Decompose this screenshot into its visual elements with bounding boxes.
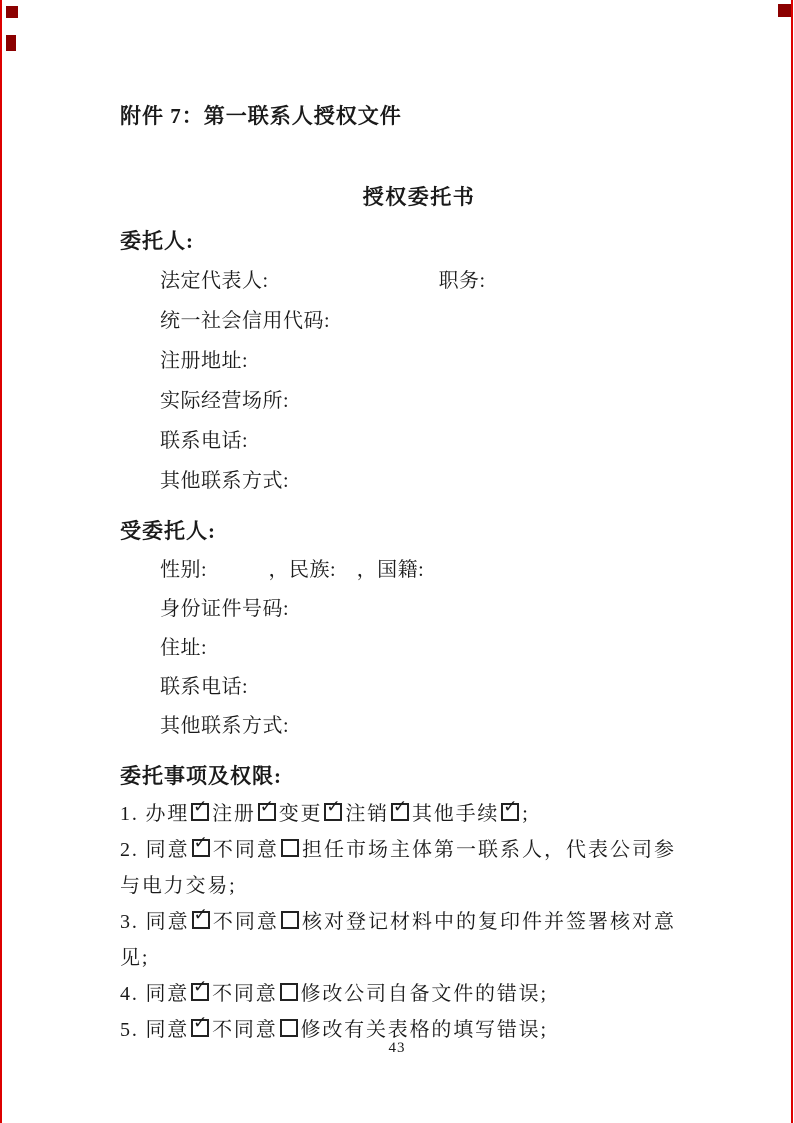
checkbox-checked-icon: [391, 803, 409, 821]
red-edge-line-left: [0, 0, 2, 1123]
checkbox-checked-icon: [191, 803, 209, 821]
red-edge-line-right: [791, 0, 793, 1123]
checkbox-unchecked-icon: [280, 1019, 298, 1037]
document-body: 附件 7：第一联系人授权文件 授权委托书 委托人: 法定代表人:职务: 统一社会…: [0, 0, 794, 1048]
checkbox-checked-icon: [191, 1019, 209, 1037]
trustee-rows: 性别: ，民族: ，国籍: 身份证件号码: 住址: 联系电话: 其他联系方式:: [120, 551, 676, 746]
legal-rep-row: 法定代表人:职务:: [120, 261, 676, 301]
position-label: 职务:: [439, 270, 486, 292]
credit-code-label: 统一社会信用代码:: [120, 301, 676, 341]
checkbox-checked-icon: [192, 839, 210, 857]
authorization-items: 1. 办理注册变更注销其他手续; 2. 同意不同意担任市场主体第一联系人，代表公…: [120, 796, 676, 1048]
checkbox-unchecked-icon: [281, 839, 299, 857]
checkbox-unchecked-icon: [280, 983, 298, 1001]
trustee-other-contact-label: 其他联系方式:: [120, 707, 676, 746]
trustee-section-heading: 受委托人:: [120, 511, 676, 551]
document-title: 授权委托书: [120, 183, 676, 211]
checkbox-unchecked-icon: [281, 911, 299, 929]
registered-address-label: 注册地址:: [120, 341, 676, 381]
authorization-section-heading: 委托事项及权限:: [120, 756, 676, 796]
principal-other-contact-label: 其他联系方式:: [120, 461, 676, 501]
gender-ethnicity-nationality-row: 性别: ，民族: ，国籍:: [120, 551, 676, 590]
authorization-item-2: 2. 同意不同意担任市场主体第一联系人，代表公司参与电力交易;: [120, 832, 676, 904]
checkbox-checked-icon: [324, 803, 342, 821]
checkbox-checked-icon: [192, 911, 210, 929]
document-page: 附件 7：第一联系人授权文件 授权委托书 委托人: 法定代表人:职务: 统一社会…: [0, 0, 794, 1123]
attachment-title: 附件 7：第一联系人授权文件: [120, 0, 676, 129]
checkbox-checked-icon: [258, 803, 276, 821]
trustee-address-label: 住址:: [120, 629, 676, 668]
business-premises-label: 实际经营场所:: [120, 381, 676, 421]
page-number: 43: [0, 1040, 794, 1057]
principal-section-heading: 委托人:: [120, 221, 676, 261]
authorization-item-4: 4. 同意不同意修改公司自备文件的错误;: [120, 976, 676, 1012]
checkbox-checked-icon: [191, 983, 209, 1001]
id-number-label: 身份证件号码:: [120, 590, 676, 629]
red-corner-mark-top-right: [778, 4, 791, 17]
trustee-phone-label: 联系电话:: [120, 668, 676, 707]
authorization-item-3: 3. 同意不同意核对登记材料中的复印件并签署核对意见;: [120, 904, 676, 976]
principal-phone-label: 联系电话:: [120, 421, 676, 461]
legal-rep-label: 法定代表人:: [160, 270, 269, 292]
red-corner-mark-left-second: [6, 35, 16, 51]
authorization-item-1: 1. 办理注册变更注销其他手续;: [120, 796, 676, 832]
red-corner-mark-top-left: [6, 6, 18, 18]
checkbox-checked-icon: [501, 803, 519, 821]
